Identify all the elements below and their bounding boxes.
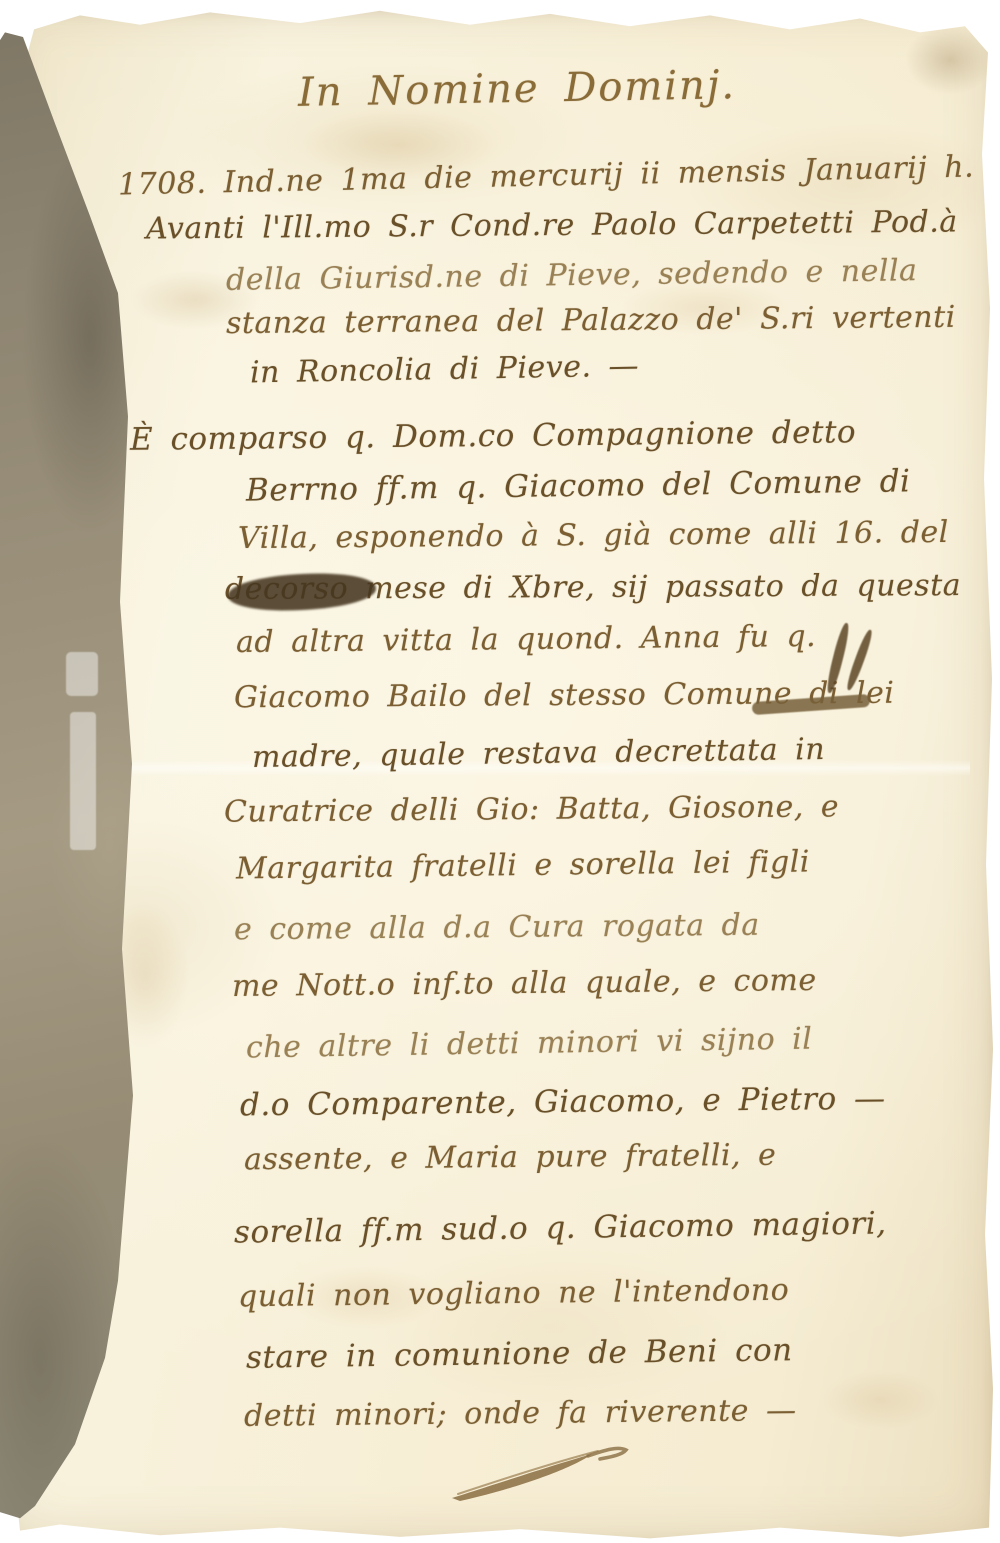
manuscript-line: 1708. Ind.ne 1ma die mercurij ii mensis … [118, 149, 1000, 203]
manuscript-line: della Giurisd.ne di Pieve, sedendo e nel… [226, 253, 918, 298]
watermark-stem [70, 712, 96, 850]
manuscript-title: In Nomine Dominj. [298, 62, 737, 116]
paper-stain [905, 25, 995, 95]
manuscript-line: Villa, esponendo à S. già come alli 16. … [238, 515, 949, 556]
manuscript-line: stare in comunione de Beni con [246, 1332, 793, 1376]
manuscript-line: detti minori; onde fa riverente — [244, 1393, 797, 1434]
manuscript-page: In Nomine Dominj. 1708. Ind.ne 1ma die m… [0, 0, 1000, 1543]
manuscript-line: quali non vogliano ne l'intendono [238, 1273, 790, 1315]
manuscript-line: Curatrice delli Gio: Batta, Giosone, e [224, 789, 839, 829]
manuscript-line: e come alla d.a Cura rogata da [234, 908, 760, 948]
paper-stain [820, 1370, 940, 1430]
watermark-letter-i [66, 652, 102, 852]
manuscript-line: assente, e Maria pure fratelli, e [244, 1138, 777, 1178]
manuscript-line: stanza terranea del Palazzo de' S.ri ver… [226, 300, 956, 341]
manuscript-line: Margarita fratelli e sorella lei figli [236, 844, 810, 886]
manuscript-line: in Roncolia di Pieve. — [250, 349, 640, 391]
manuscript-scan: In Nomine Dominj. 1708. Ind.ne 1ma die m… [0, 0, 1000, 1543]
watermark-dot [66, 652, 98, 696]
manuscript-line: È comparso q. Dom.co Compagnione detto [130, 414, 856, 458]
manuscript-line: Avanti l'Ill.mo S.r Cond.re Paolo Carpet… [146, 204, 958, 246]
manuscript-line: ad altra vitta la quond. Anna fu q. [236, 619, 816, 660]
manuscript-line: Berrno ff.m q. Giacomo del Comune di [246, 463, 911, 508]
manuscript-line: sorella ff.m sud.o q. Giacomo magiori, [234, 1205, 887, 1250]
manuscript-line: me Nott.o inf.to alla quale, e come [232, 963, 817, 1004]
manuscript-line: che altre li detti minori vi sijno il [246, 1022, 813, 1066]
pen-flourish [430, 1438, 640, 1506]
manuscript-line: d.o Comparente, Giacomo, e Pietro — [240, 1081, 886, 1124]
